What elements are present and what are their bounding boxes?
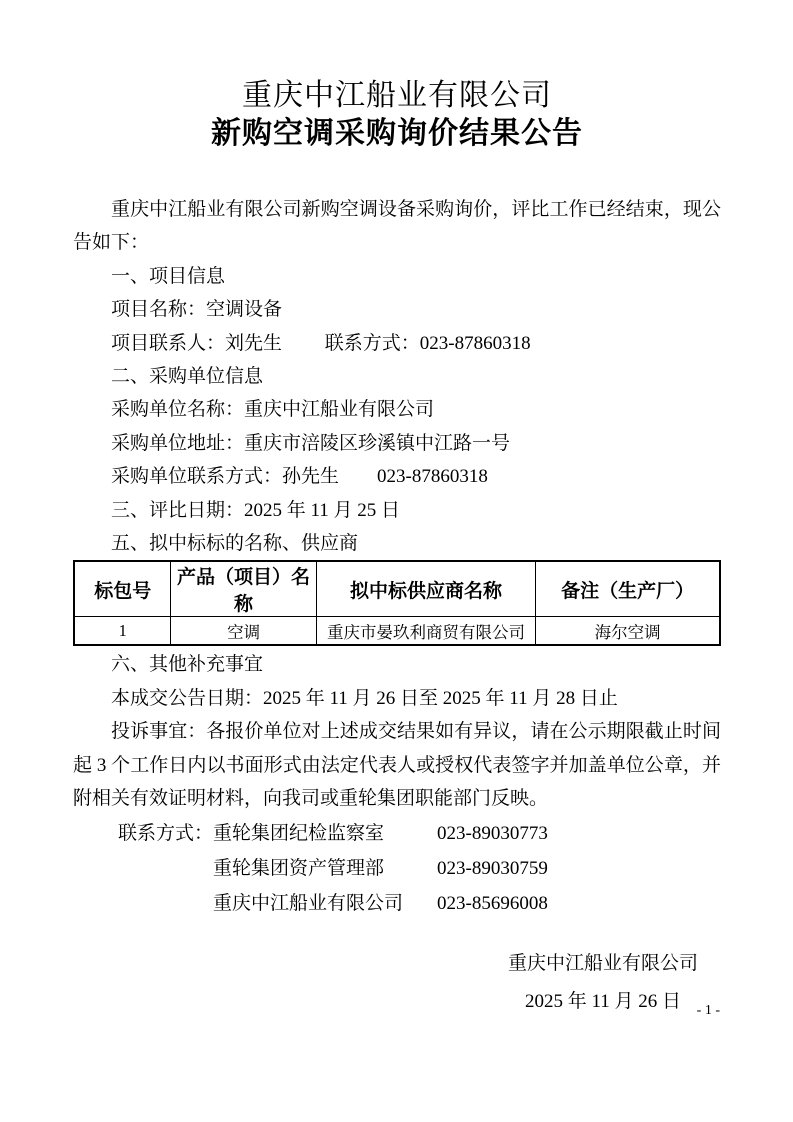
section-heading-review-date: 三、评比日期：2025 年 11 月 25 日 bbox=[73, 494, 721, 527]
contact-label-spacer bbox=[118, 886, 213, 921]
purchaser-address-line: 采购单位地址：重庆市涪陵区珍溪镇中江路一号 bbox=[73, 427, 721, 460]
contact-phone: 023-89030759 bbox=[437, 851, 548, 886]
project-name-line: 项目名称：空调设备 bbox=[73, 293, 721, 326]
cell-remark: 海尔空调 bbox=[536, 617, 720, 646]
section-heading-other: 六、其他补充事宜 bbox=[73, 648, 721, 681]
announce-period-line: 本成交公告日期：2025 年 11 月 26 日至 2025 年 11 月 28… bbox=[73, 682, 721, 715]
purchaser-contact-line: 采购单位联系方式：孙先生 023-87860318 bbox=[73, 460, 721, 493]
contact-phone: 023-89030773 bbox=[437, 816, 548, 851]
page-number: - 1 - bbox=[697, 1002, 720, 1020]
project-contact-line: 项目联系人：刘先生 联系方式：023-87860318 bbox=[73, 327, 721, 360]
contact-row: 重庆中江船业有限公司 023-85696008 bbox=[73, 886, 721, 921]
contact-label-spacer bbox=[118, 851, 213, 886]
contact-name: 重轮集团纪检监察室 bbox=[213, 816, 437, 851]
document-page: 重庆中江船业有限公司 新购空调采购询价结果公告 重庆中江船业有限公司新购空调设备… bbox=[0, 0, 793, 1122]
doc-title: 新购空调采购询价结果公告 bbox=[73, 114, 721, 154]
intro-paragraph: 重庆中江船业有限公司新购空调设备采购询价，评比工作已经结束，现公告如下： bbox=[73, 193, 721, 260]
cell-package-no: 1 bbox=[74, 617, 171, 646]
complaint-paragraph: 投诉事宜：各报价单位对上述成交结果如有异议，请在公示期限截止时间起 3 个工作日… bbox=[73, 715, 721, 815]
table-row: 1 空调 重庆市晏玖利商贸有限公司 海尔空调 bbox=[74, 617, 720, 646]
contact-phone: 023-85696008 bbox=[437, 886, 548, 921]
table-header-product-name: 产品（项目）名称 bbox=[171, 561, 316, 617]
table-header-package-no: 标包号 bbox=[74, 561, 171, 617]
contact-list: 联系方式： 重轮集团纪检监察室 023-89030773 重轮集团资产管理部 0… bbox=[73, 816, 721, 921]
table-header-row: 标包号 产品（项目）名称 拟中标供应商名称 备注（生产厂） bbox=[74, 561, 720, 617]
section-heading-winner: 五、拟中标标的名称、供应商 bbox=[73, 527, 721, 560]
award-table: 标包号 产品（项目）名称 拟中标供应商名称 备注（生产厂） 1 空调 重庆市晏玖… bbox=[73, 560, 721, 646]
document-body: 重庆中江船业有限公司新购空调设备采购询价，评比工作已经结束，现公告如下： 一、项… bbox=[73, 193, 721, 560]
contact-row: 联系方式： 重轮集团纪检监察室 023-89030773 bbox=[73, 816, 721, 851]
company-title: 重庆中江船业有限公司 bbox=[73, 78, 721, 114]
cell-supplier-name: 重庆市晏玖利商贸有限公司 bbox=[316, 617, 536, 646]
signature-company: 重庆中江船业有限公司 bbox=[463, 945, 743, 983]
section-heading-purchaser-info: 二、采购单位信息 bbox=[73, 360, 721, 393]
cell-product-name: 空调 bbox=[171, 617, 316, 646]
table-header-supplier-name: 拟中标供应商名称 bbox=[316, 561, 536, 617]
contact-row: 重轮集团资产管理部 023-89030759 bbox=[73, 851, 721, 886]
contact-label: 联系方式： bbox=[118, 816, 213, 851]
contact-name: 重轮集团资产管理部 bbox=[213, 851, 437, 886]
table-header-remark: 备注（生产厂） bbox=[536, 561, 720, 617]
contact-name: 重庆中江船业有限公司 bbox=[213, 886, 437, 921]
section-heading-project-info: 一、项目信息 bbox=[73, 260, 721, 293]
purchaser-name-line: 采购单位名称：重庆中江船业有限公司 bbox=[73, 393, 721, 426]
supplementary-section: 六、其他补充事宜 本成交公告日期：2025 年 11 月 26 日至 2025 … bbox=[73, 648, 721, 815]
